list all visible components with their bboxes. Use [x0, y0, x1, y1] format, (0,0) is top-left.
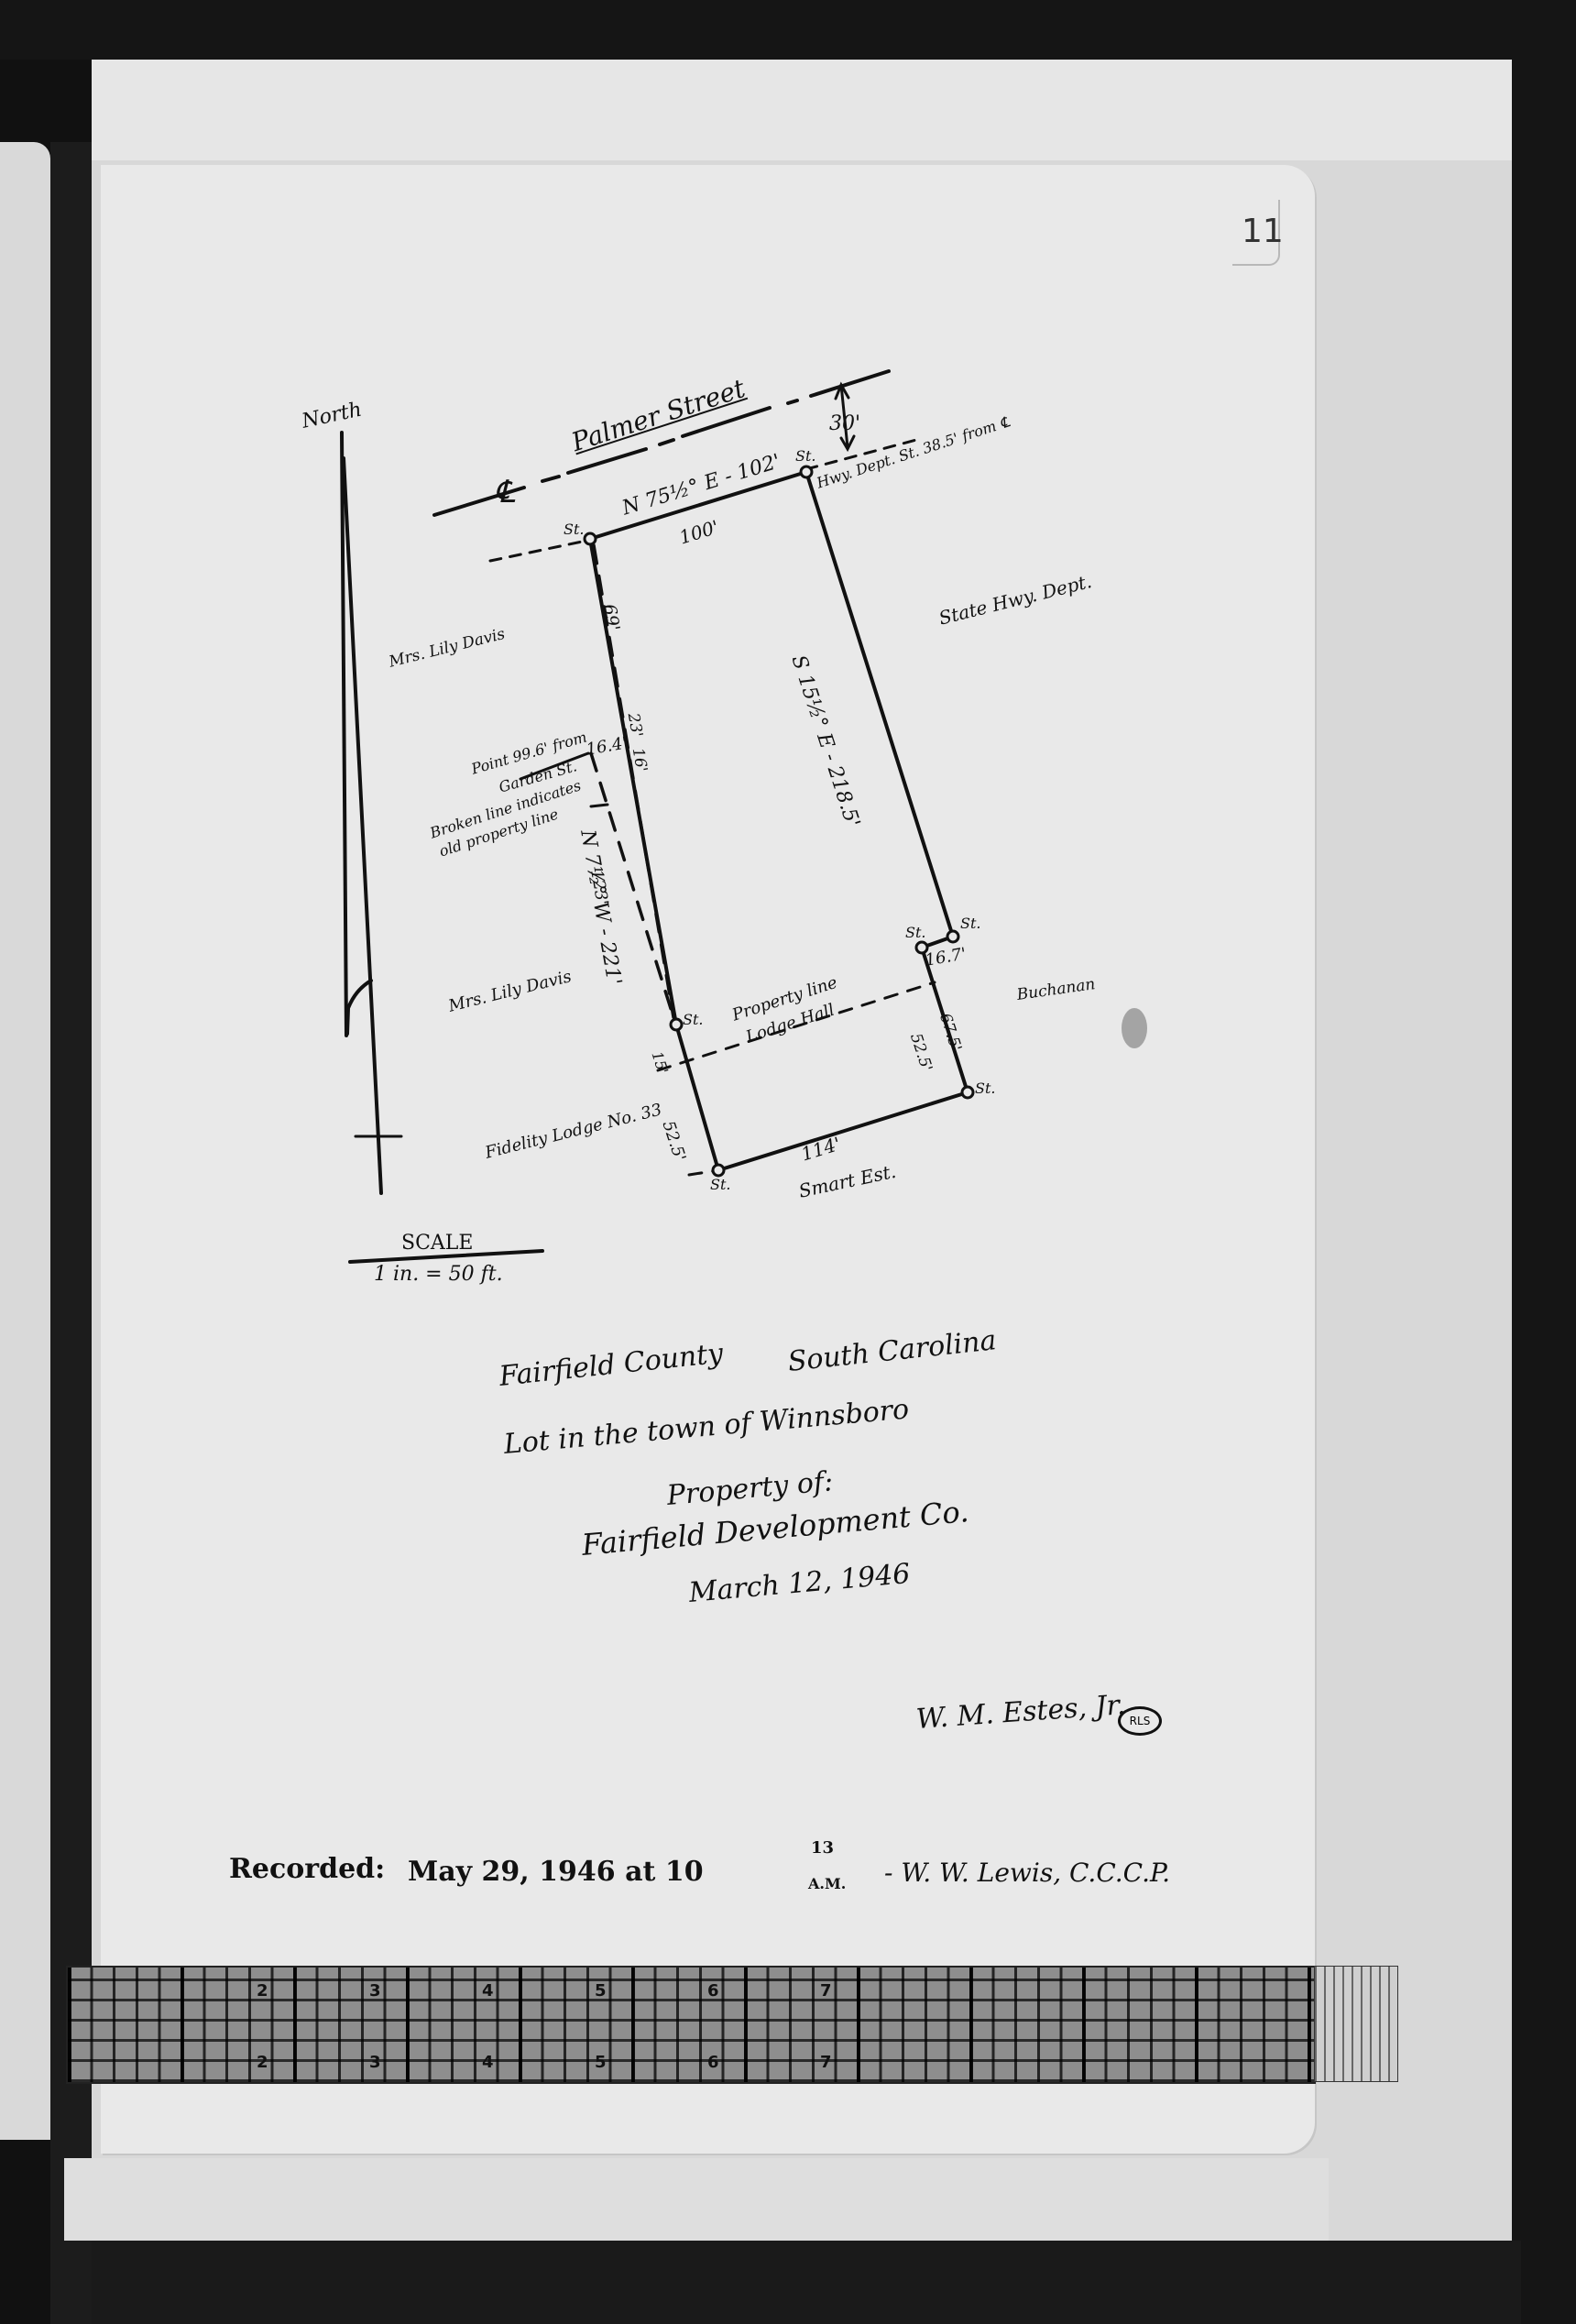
- stone-label: St.: [710, 1178, 730, 1192]
- property-boundary: [590, 472, 968, 1170]
- west-seg-69: 69': [600, 603, 622, 632]
- ruler-number: 3: [369, 1981, 381, 2001]
- surveyor-seal-icon: RLS: [1118, 1706, 1162, 1736]
- west-seg-23: 23': [625, 712, 644, 739]
- ruler-number: 3: [369, 2053, 381, 2072]
- ruler-number: 2: [257, 2053, 268, 2072]
- stone-label: St.: [975, 1081, 995, 1096]
- recorded-label: Recorded:: [229, 1856, 385, 1883]
- ruler-number: 7: [820, 2053, 832, 2072]
- ruler-number: 5: [595, 1981, 607, 2001]
- stone-label: St.: [683, 1013, 703, 1027]
- ruler-number: 4: [482, 2053, 494, 2072]
- recording-clerk: - W. W. Lewis, C.C.C.P.: [884, 1860, 1170, 1886]
- recorded-time-meridiem: A.M.: [808, 1877, 846, 1891]
- street-offset-label: 30': [829, 414, 860, 434]
- stone-label: St.: [795, 449, 815, 464]
- ruler-number: 5: [595, 2053, 607, 2072]
- recorded-date: May 29, 1946 at 10: [408, 1858, 704, 1886]
- centerline-symbol: ℄: [495, 477, 515, 508]
- stone-label: St.: [905, 926, 925, 940]
- scale-title: SCALE: [401, 1233, 473, 1254]
- reference-ruler: [66, 1966, 1316, 2084]
- recorded-time-minutes: 13: [811, 1840, 834, 1857]
- scale-value: 1 in. = 50 ft.: [374, 1265, 503, 1285]
- ruler-number: 6: [707, 1981, 719, 2001]
- ruler-label-end: [1314, 1966, 1398, 2082]
- stone-label: St.: [564, 522, 584, 537]
- ruler-number: 2: [257, 1981, 268, 2001]
- ruler-number: 6: [707, 2053, 719, 2072]
- west-seg-16: 16': [629, 747, 649, 773]
- north-arrow-icon: [342, 433, 401, 1193]
- ruler-number: 7: [820, 1981, 832, 2001]
- stone-label: St.: [960, 916, 980, 931]
- ruler-number: 4: [482, 1981, 494, 2001]
